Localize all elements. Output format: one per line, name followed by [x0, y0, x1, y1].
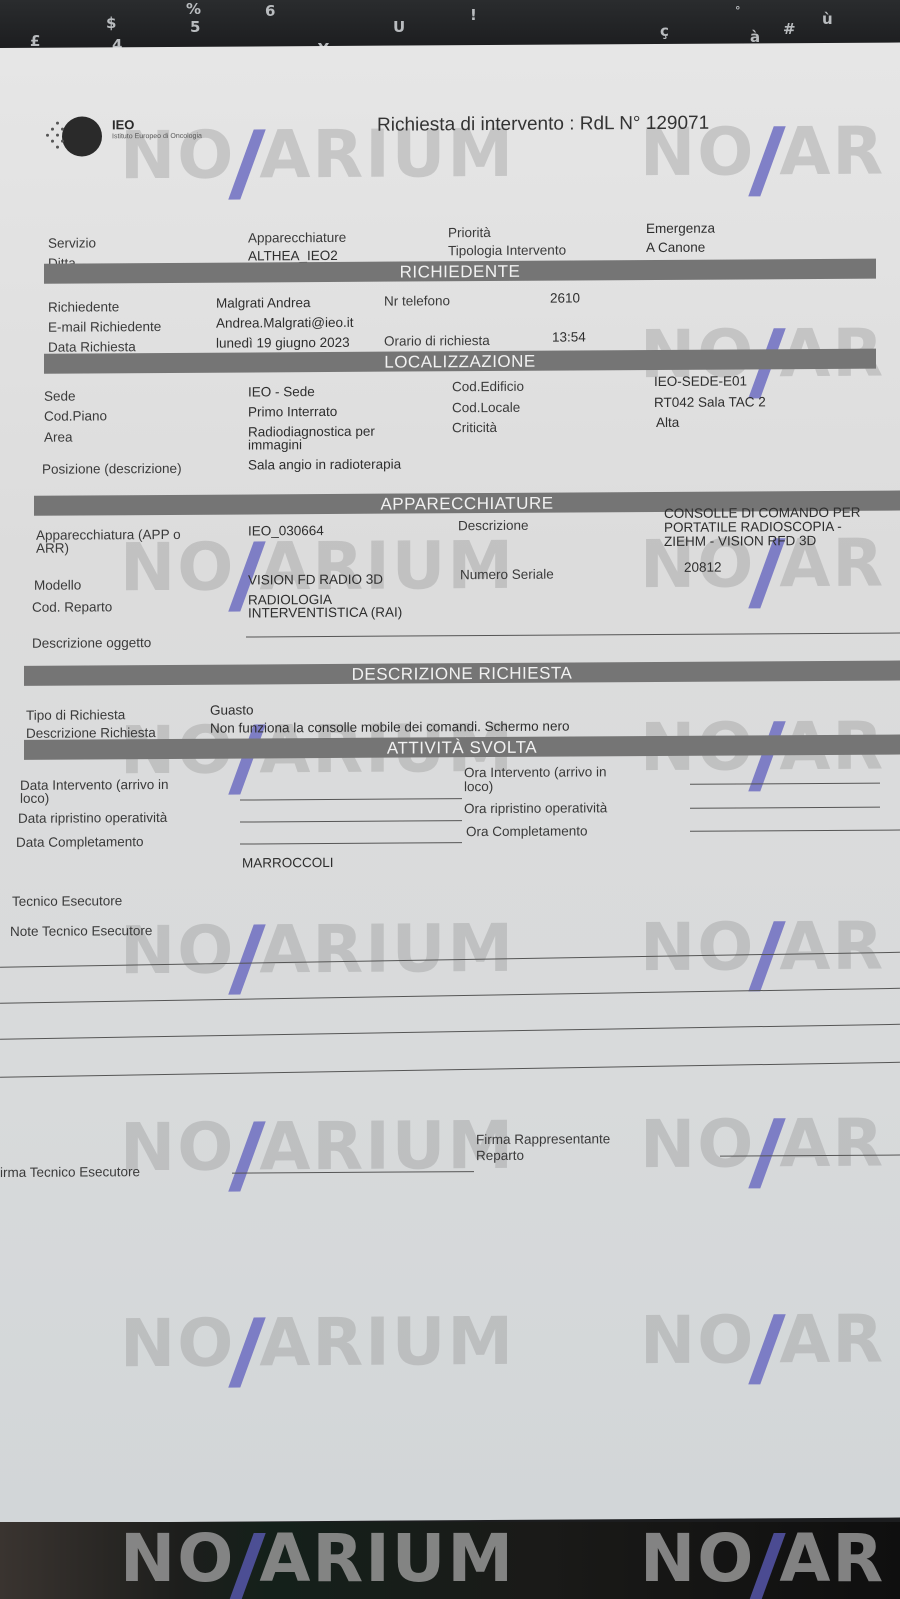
ora-intervento-label-cont: loco) [464, 779, 493, 794]
firma-reparto-label-cont: Reparto [476, 1148, 524, 1163]
email-value: Andrea.Malgrati@ieo.it [216, 315, 354, 331]
apparecchiatura-value: IEO_030664 [248, 523, 324, 538]
modello-label: Modello [34, 578, 81, 593]
keyboard-key: 5 [190, 18, 200, 36]
data-completamento-label: Data Completamento [16, 834, 144, 850]
tecnico-value: MARROCCOLI [242, 855, 334, 871]
criticita-value: Alta [656, 415, 679, 430]
seriale-label: Numero Seriale [460, 567, 554, 583]
watermark: NOARIUM [120, 1303, 515, 1382]
note-line[interactable] [0, 1024, 900, 1040]
edificio-value: IEO-SEDE-E01 [654, 373, 747, 389]
posizione-value: Sala angio in radioterapia [248, 457, 401, 473]
watermark: NOAR [640, 908, 885, 986]
watermark-slash-icon [749, 1533, 786, 1599]
servizio-label: Servizio [48, 235, 96, 250]
posizione-label: Posizione (descrizione) [42, 461, 182, 477]
ieo-logo-icon [40, 113, 120, 163]
descrizione-value-3: ZIEHM - VISION RFD 3D [664, 533, 816, 549]
watermark: NOARIUM [120, 1520, 515, 1597]
ora-ripristino-field[interactable] [690, 807, 880, 809]
apparecchiature-label: Apparecchiature [248, 230, 346, 246]
section-richiedente: RICHIEDENTE [44, 259, 876, 284]
watermark: NOAR [640, 1105, 885, 1183]
ora-intervento-label: Ora Intervento (arrivo in [464, 764, 607, 780]
data-ripristino-field[interactable] [240, 820, 462, 822]
watermark-slash-icon [229, 1533, 266, 1599]
ora-completamento-label: Ora Completamento [466, 823, 588, 839]
sede-label: Sede [44, 389, 76, 404]
priorita-value: Emergenza [646, 221, 715, 236]
section-attivita-svolta: ATTIVITÀ SVOLTA [24, 735, 900, 760]
firma-tecnico-field[interactable] [232, 1171, 474, 1173]
ora-intervento-field[interactable] [690, 783, 880, 785]
reparto-label: Cod. Reparto [32, 599, 112, 614]
watermark-slash-icon [229, 924, 266, 994]
note-label: Note Tecnico Esecutore [10, 923, 152, 939]
edificio-label: Cod.Edificio [452, 379, 524, 394]
telefono-label: Nr telefono [384, 293, 450, 308]
data-intervento-label-cont: loco) [20, 791, 49, 806]
data-richiesta-value: lunedì 19 giugno 2023 [216, 335, 350, 351]
keyboard-key: ç [660, 22, 669, 40]
criticita-label: Criticità [452, 420, 497, 435]
data-completamento-field[interactable] [240, 842, 462, 844]
note-line[interactable] [0, 1062, 900, 1078]
tipologia-value: A Canone [646, 240, 705, 255]
locale-label: Cod.Locale [452, 400, 520, 415]
firma-reparto-field[interactable] [720, 1155, 900, 1157]
oggetto-field[interactable] [246, 633, 900, 638]
piano-value: Primo Interrato [248, 404, 337, 420]
keyboard-key: 6 [265, 2, 275, 20]
piano-label: Cod.Piano [44, 408, 107, 423]
tecnico-label: Tecnico Esecutore [12, 893, 122, 909]
ora-ripristino-label: Ora ripristino operatività [464, 800, 607, 816]
keyboard-key: ! [470, 6, 477, 24]
modello-value: VISION FD RADIO 3D [248, 572, 383, 588]
firma-tecnico-label: irma Tecnico Esecutore [0, 1164, 140, 1180]
tipo-richiesta-label: Tipo di Richiesta [26, 707, 125, 723]
orario-label: Orario di richiesta [384, 333, 490, 349]
sede-value: IEO - Sede [248, 384, 315, 399]
document-title: Richiesta di intervento : RdL N° 129071 [377, 113, 709, 137]
firma-reparto-label: Firma Rappresentante [476, 1131, 610, 1147]
tipologia-label: Tipologia Intervento [448, 243, 566, 259]
orario-value: 13:54 [552, 329, 586, 344]
watermark: NOARIUM [120, 910, 515, 989]
watermark-slash-icon [229, 129, 266, 199]
data-intervento-field[interactable] [240, 798, 462, 800]
watermark-slash-icon [229, 1121, 266, 1191]
keyboard-key: ù [822, 10, 833, 28]
richiedente-value: Malgrati Andrea [216, 295, 311, 311]
document-sheet: NOARIUM NOAR NOAR NOARIUM NOAR NOARIUM N… [0, 43, 900, 1523]
tipo-richiesta-value: Guasto [210, 702, 254, 717]
watermark: NOAR [640, 1301, 885, 1379]
area-value-cont: immagini [248, 437, 302, 452]
keyboard-key: # [783, 20, 796, 38]
ora-completamento-field[interactable] [690, 830, 900, 832]
logo-name: IEO [112, 117, 134, 132]
apparecchiatura-label-cont: ARR) [36, 541, 69, 556]
keyboard-key: U [393, 18, 405, 36]
watermark-slash-icon [749, 126, 786, 196]
priorita-label: Priorità [448, 225, 491, 240]
data-ripristino-label: Data ripristino operatività [18, 810, 167, 826]
area-label: Area [44, 430, 73, 445]
watermark: NOAR [640, 1520, 885, 1597]
note-line[interactable] [0, 988, 900, 1004]
richiedente-label: Richiedente [48, 299, 119, 314]
watermark-slash-icon [749, 721, 786, 791]
reparto-value-cont: INTERVENTISTICA (RAI) [248, 605, 402, 621]
descrizione-label: Descrizione [458, 518, 529, 533]
email-label: E-mail Richiedente [48, 319, 161, 335]
keyboard-key: ° [735, 4, 741, 17]
watermark-slash-icon [749, 1314, 786, 1384]
oggetto-label: Descrizione oggetto [32, 635, 151, 651]
locale-value: RT042 Sala TAC 2 [654, 394, 766, 410]
section-localizzazione: LOCALIZZAZIONE [44, 349, 876, 374]
keyboard-key: $ [106, 14, 116, 32]
bottom-background: NOARIUM NOAR [0, 1522, 900, 1599]
seriale-value: 20812 [684, 560, 722, 575]
watermark: NOARIUM [120, 1107, 515, 1186]
keyboard-key: % [186, 0, 201, 18]
logo-subtitle: Istituto Europeo di Oncologia [112, 133, 202, 141]
note-line[interactable] [0, 952, 900, 968]
watermark-slash-icon [749, 1118, 786, 1188]
watermark-slash-icon [229, 1317, 266, 1387]
section-descrizione-richiesta: DESCRIZIONE RICHIESTA [24, 661, 900, 686]
telefono-value: 2610 [550, 290, 580, 305]
watermark-slash-icon [749, 921, 786, 991]
watermark-slash-icon [749, 538, 786, 608]
descrizione-richiesta-value: Non funziona la consolle mobile dei coma… [210, 719, 569, 736]
